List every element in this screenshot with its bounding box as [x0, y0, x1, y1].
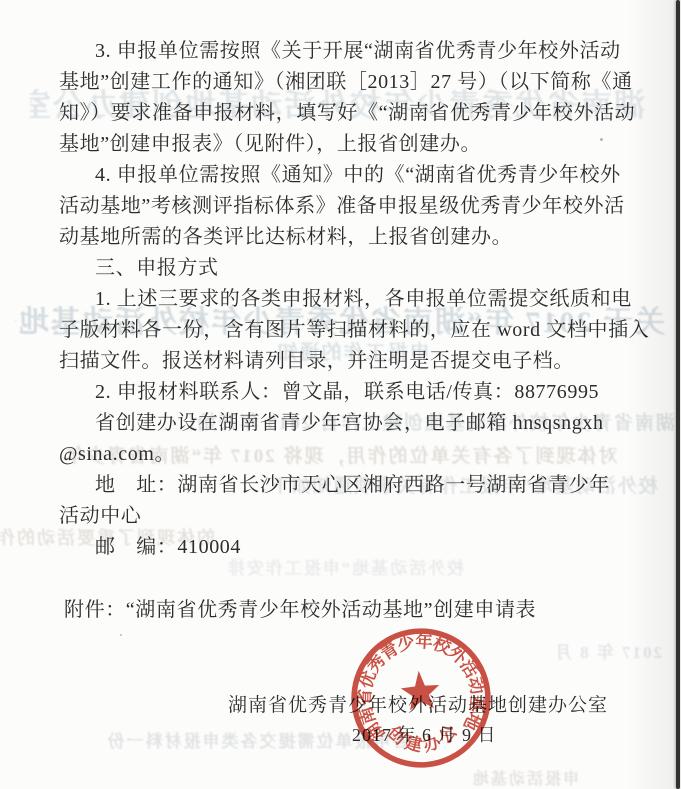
body-line: 基地”创建工作的通知》（湘团联［2013］27 号）（以下简称《通 — [59, 67, 651, 98]
body-line: 动基地所需的各类评比达标材料，上报省创建办。 — [59, 222, 651, 253]
body-line: 三、申报方式 — [59, 253, 651, 284]
seal-star-icon — [399, 669, 441, 711]
official-seal: 湖南省优秀青少年校外活动基地 创建办公室 — [339, 616, 504, 781]
body-line: 子版材料各一份，含有图片等扫描材料的，应在 word 文档中插入 — [59, 315, 651, 346]
body-line: @sina.com。 — [59, 439, 651, 470]
body-line: 4. 申报单位需按照《通知》中的《“湖南省优秀青少年校外 — [59, 160, 651, 191]
scanned-document-page: 湖南省优秀青少年校外活动基地创建办公室关于 2017 年“湖南省优秀青少年校外活… — [0, 0, 681, 789]
body-line: 1. 上述三要求的各类申报材料，各申报单位需提交纸质和电 — [59, 284, 651, 315]
scan-edge-line — [676, 0, 680, 789]
document-body: 3. 申报单位需按照《关于开展“湖南省优秀青少年校外活动基地”创建工作的通知》（… — [59, 36, 651, 563]
scan-speck — [600, 138, 603, 141]
scan-speck — [120, 634, 122, 636]
body-line: 知》）要求准备申报材料，填写好《“湖南省优秀青少年校外活动 — [59, 98, 651, 129]
body-line: 邮 编：410004 — [59, 532, 651, 563]
body-line: 省创建办设在湖南省青少年宫协会，电子邮箱 hnsqsngxh — [59, 408, 651, 439]
body-line: 活动中心 — [59, 501, 651, 532]
body-line: 地 址：湖南省长沙市天心区湘府西路一号湖南省青少年 — [59, 470, 651, 501]
body-line: 3. 申报单位需按照《关于开展“湖南省优秀青少年校外活动 — [59, 36, 651, 67]
body-line: 扫描文件。报送材料请列目录，并注明是否提交电子档。 — [59, 346, 651, 377]
bleedthrough-text: 2017 年 8 月 — [540, 638, 675, 663]
body-line: 2. 申报材料联系人：曾文晶，联系电话/传真：88776995 — [59, 377, 651, 408]
body-line: 活动基地”考核测评指标体系》准备申报星级优秀青少年校外活 — [59, 191, 651, 222]
body-line: 基地”创建申报表》（见附件），上报省创建办。 — [59, 129, 651, 160]
scan-speck — [634, 320, 636, 322]
